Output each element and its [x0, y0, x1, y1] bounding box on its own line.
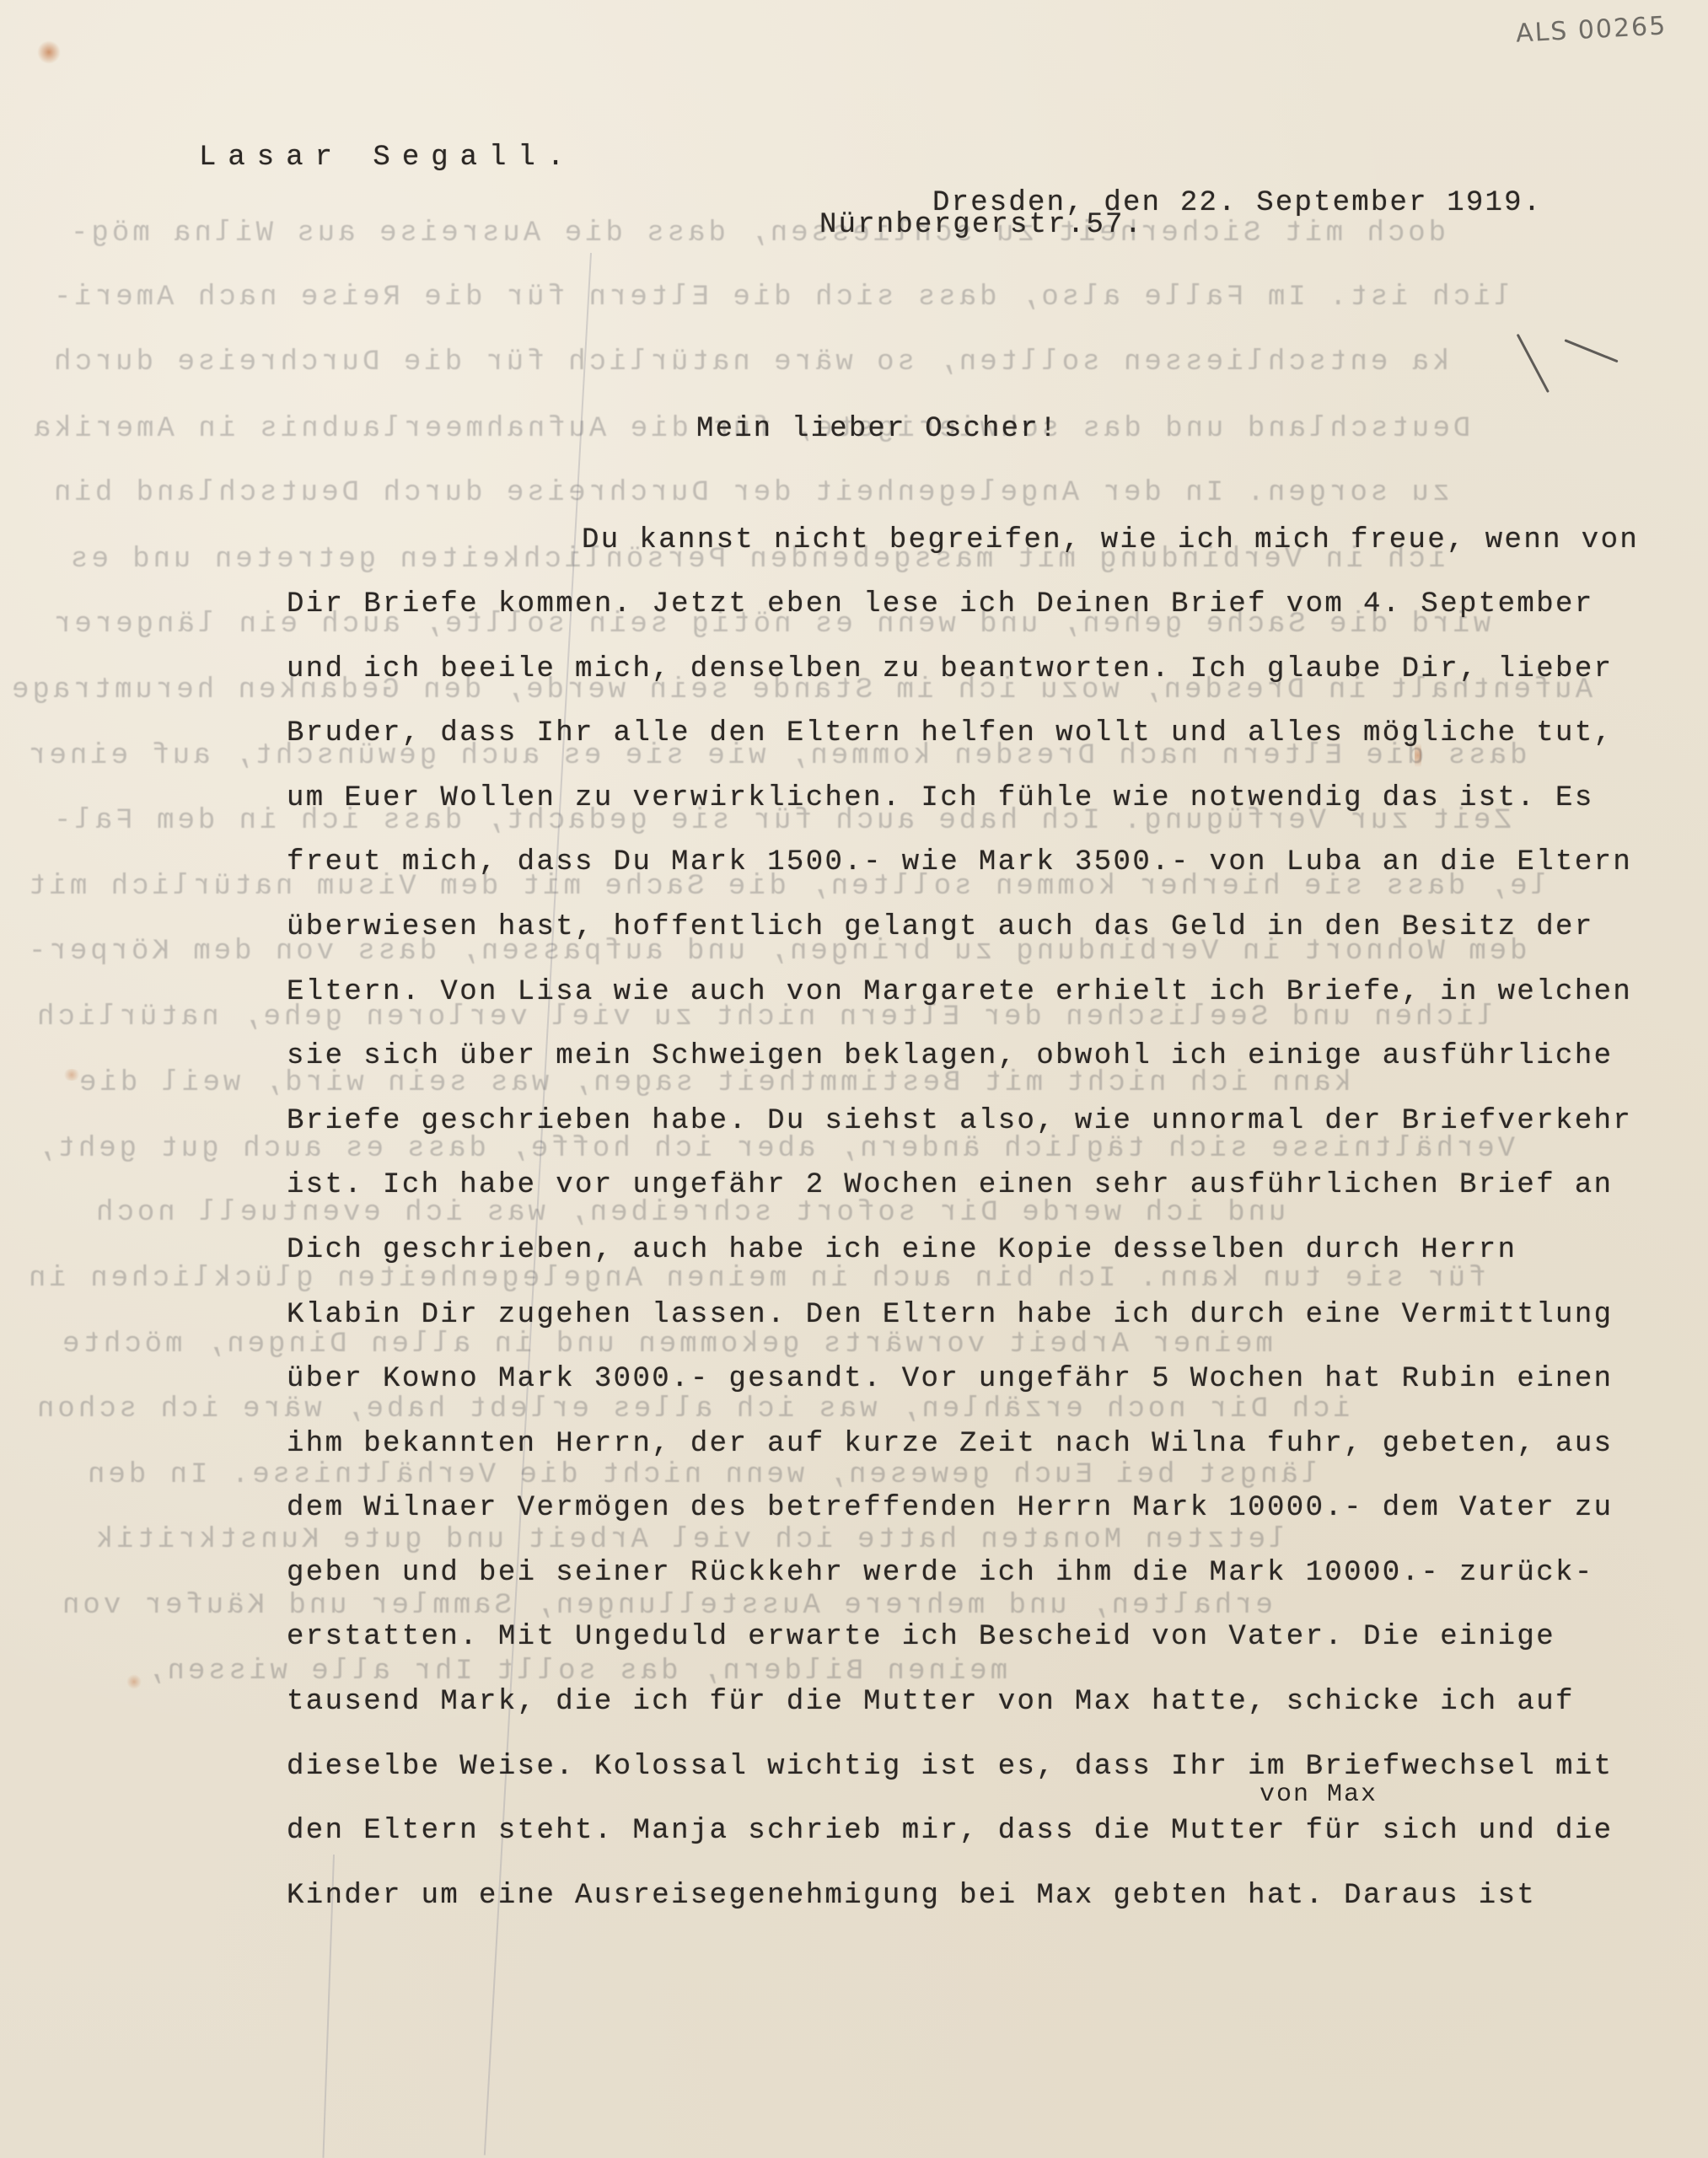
body-line: freut mich, dass Du Mark 1500.- wie Mark… [287, 846, 1632, 878]
rust-stain [126, 1674, 142, 1689]
body-line: geben und bei seiner Rückkehr werde ich … [287, 1557, 1594, 1589]
letter-page: ALS 00265 doch mit Sicherheit zu schlies… [0, 0, 1708, 2158]
address-line: Nürnbergerstr.57. [819, 209, 1143, 241]
bleed-through-line: ka entschliessen sollten, so wäre natürl… [51, 346, 1449, 378]
bleed-through-line: für sie tun kann. Ich bin auch in meinen… [25, 1263, 1486, 1295]
bleed-through-line: doch mit Sicherheit zu schliessen, dass … [67, 217, 1446, 250]
body-line: ist. Ich habe vor ungefähr 2 Wochen eine… [287, 1169, 1613, 1201]
sender-name: Lasar Segall. [199, 142, 576, 174]
body-line: dieselbe Weise. Kolossal wichtig ist es,… [287, 1751, 1613, 1783]
pencil-tick-mark [1564, 339, 1618, 362]
archive-id-label: ALS 00265 [1515, 11, 1668, 48]
body-line: den Eltern steht. Manja schrieb mir, das… [287, 1815, 1613, 1847]
bleed-through-line: und ich werde Dir sofort schreiben, was … [93, 1197, 1286, 1229]
body-line: erstatten. Mit Ungeduld erwarte ich Besc… [287, 1621, 1555, 1653]
body-line: tausend Mark, die ich für die Mutter von… [287, 1686, 1575, 1718]
body-line: über Kowno Mark 3000.- gesandt. Vor unge… [287, 1363, 1613, 1395]
body-line: Dich geschrieben, auch habe ich eine Kop… [287, 1234, 1517, 1266]
bleed-through-line: letzten Monaten hatte ich viel Arbeit un… [93, 1524, 1286, 1556]
salutation: Mein lieber Oscher! [696, 413, 1058, 445]
body-line: Dir Briefe kommen. Jetzt eben lese ich D… [287, 588, 1594, 620]
body-line: ihm bekannten Herrn, der auf kurze Zeit … [287, 1428, 1613, 1460]
bleed-through-line: meiner Arbeit vorwärts gekommen und in a… [59, 1329, 1273, 1361]
body-line: und ich beeile mich, denselben zu beantw… [287, 653, 1613, 685]
body-line: sie sich über mein Schweigen beklagen, o… [287, 1040, 1613, 1072]
body-line: Briefe geschrieben habe. Du siehst also,… [287, 1105, 1632, 1137]
body-line: Bruder, dass Ihr alle den Eltern helfen … [287, 717, 1613, 749]
body-line: um Euer Wollen zu verwirklichen. Ich füh… [287, 782, 1594, 814]
body-line: Klabin Dir zugehen lassen. Den Eltern ha… [287, 1299, 1613, 1331]
pencil-tick-mark [1517, 334, 1550, 393]
bleed-through-line: lich ist. Im Falle also, dass sich die E… [51, 282, 1512, 314]
rust-stain [37, 40, 61, 64]
bleed-through-line: längst bei Euch gewesen, wenn nicht die … [84, 1459, 1319, 1491]
bleed-through-line: meinen Bildern, das sollt Ihr alle wisse… [143, 1656, 1007, 1688]
bleed-through-line: erhalten, und mehrere Ausstellungen, Sam… [59, 1590, 1273, 1622]
body-line: Du kannst nicht begreifen, wie ich mich … [582, 524, 1639, 556]
body-line: dem Wilnaer Vermögen des betreffenden He… [287, 1492, 1613, 1524]
inserted-correction: von Max [1260, 1780, 1378, 1809]
body-line: Kinder um eine Ausreisegenehmigung bei M… [287, 1880, 1536, 1912]
bleed-through-line: zu sorgen. In der Angelegenheit der Durc… [51, 477, 1449, 509]
body-line: Eltern. Von Lisa wie auch von Margarete … [287, 976, 1632, 1008]
body-line: überwiesen hast, hoffentlich gelangt auc… [287, 911, 1594, 943]
bleed-through-line: ich Dir noch erzählen, was ich alles erl… [34, 1393, 1351, 1425]
bleed-through-line: Verhältnisse sich täglich ändern, aber i… [34, 1133, 1515, 1165]
